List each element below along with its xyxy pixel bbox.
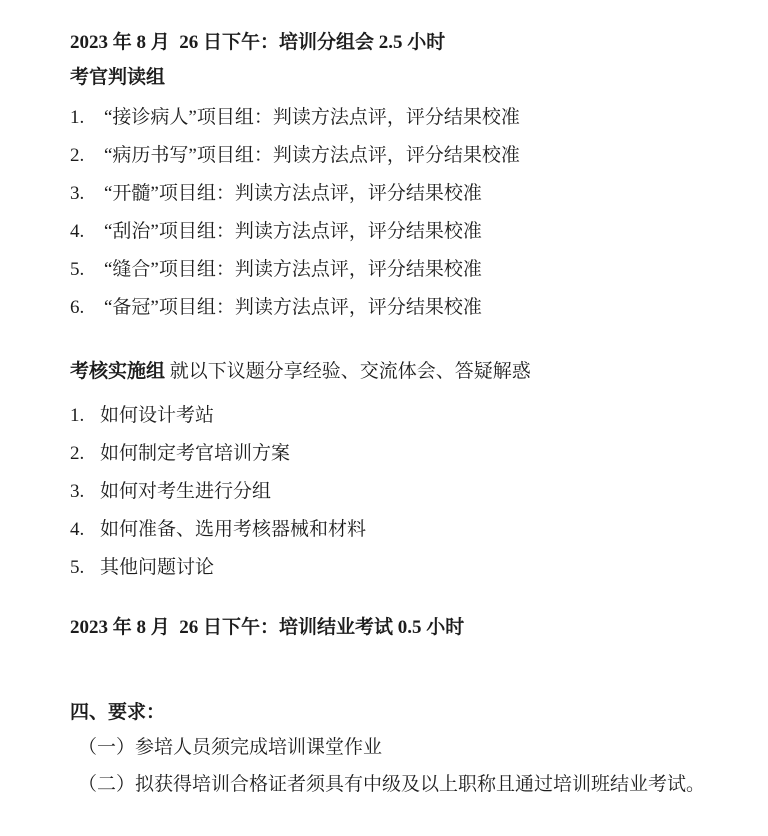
list-item-text: 如何设计考站 [100, 403, 214, 429]
list-item: 1. 如何设计考站 [70, 403, 738, 429]
list-item-text: 如何对考生进行分组 [100, 479, 271, 505]
list-item-text: “开髓”项目组：判读方法点评，评分结果校准 [104, 181, 482, 207]
requirement-item: （一）参培人员须完成培训课堂作业 [70, 735, 738, 761]
group-b-heading-bold: 考核实施组 [70, 361, 165, 382]
list-item-number: 1. [70, 403, 100, 429]
list-item-number: 4. [70, 219, 104, 245]
list-item-text: 如何制定考官培训方案 [100, 441, 290, 467]
requirement-item: （二）拟获得培训合格证者须具有中级及以上职称且通过培训班结业考试。 [70, 772, 738, 798]
list-item-number: 2. [70, 441, 100, 467]
session2-heading: 2023 年 8 月 26 日下午：培训结业考试 0.5 小时 [70, 615, 738, 641]
list-item-number: 5. [70, 555, 100, 581]
list-item: 1. “接诊病人”项目组：判读方法点评，评分结果校准 [70, 105, 738, 131]
group-b-heading: 考核实施组 就以下议题分享经验、交流体会、答疑解惑 [70, 359, 738, 385]
list-item-text: “刮治”项目组：判读方法点评，评分结果校准 [104, 219, 482, 245]
document-page: 2023 年 8 月 26 日下午：培训分组会 2.5 小时 考官判读组 1. … [0, 0, 768, 836]
list-item: 3. 如何对考生进行分组 [70, 479, 738, 505]
list-item-text: “缝合”项目组：判读方法点评，评分结果校准 [104, 257, 482, 283]
list-item: 4. 如何准备、选用考核器械和材料 [70, 517, 738, 543]
list-item-text: 如何准备、选用考核器械和材料 [100, 517, 366, 543]
group-a-heading: 考官判读组 [70, 65, 738, 91]
session1-heading: 2023 年 8 月 26 日下午：培训分组会 2.5 小时 [70, 30, 738, 56]
list-item-text: “备冠”项目组：判读方法点评，评分结果校准 [104, 295, 482, 321]
group-a-list: 1. “接诊病人”项目组：判读方法点评，评分结果校准 2. “病历书写”项目组：… [70, 105, 738, 321]
list-item: 6. “备冠”项目组：判读方法点评，评分结果校准 [70, 295, 738, 321]
list-item-text: 其他问题讨论 [100, 555, 214, 581]
list-item-number: 1. [70, 105, 104, 131]
group-b-list: 1. 如何设计考站 2. 如何制定考官培训方案 3. 如何对考生进行分组 4. … [70, 403, 738, 581]
list-item-number: 6. [70, 295, 104, 321]
list-item-number: 3. [70, 181, 104, 207]
list-item-text: “接诊病人”项目组：判读方法点评，评分结果校准 [104, 105, 520, 131]
list-item-number: 5. [70, 257, 104, 283]
list-item: 3. “开髓”项目组：判读方法点评，评分结果校准 [70, 181, 738, 207]
list-item-number: 4. [70, 517, 100, 543]
list-item: 5. 其他问题讨论 [70, 555, 738, 581]
list-item: 4. “刮治”项目组：判读方法点评，评分结果校准 [70, 219, 738, 245]
list-item-number: 2. [70, 143, 104, 169]
list-item: 2. 如何制定考官培训方案 [70, 441, 738, 467]
list-item: 2. “病历书写”项目组：判读方法点评，评分结果校准 [70, 143, 738, 169]
group-b-heading-rest: 就以下议题分享经验、交流体会、答疑解惑 [165, 361, 531, 382]
list-item: 5. “缝合”项目组：判读方法点评，评分结果校准 [70, 257, 738, 283]
list-item-number: 3. [70, 479, 100, 505]
section4-heading: 四、要求： [70, 700, 738, 726]
list-item-text: “病历书写”项目组：判读方法点评，评分结果校准 [104, 143, 520, 169]
